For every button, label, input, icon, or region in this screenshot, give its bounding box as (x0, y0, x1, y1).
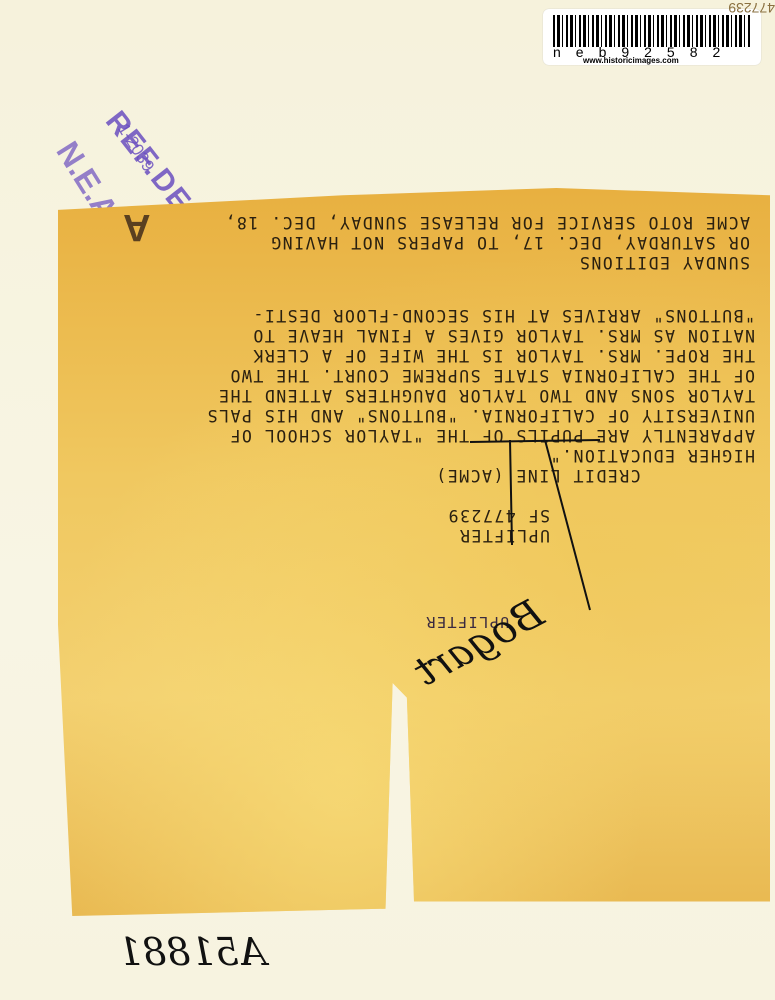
pen-annotation-lines (0, 0, 775, 1000)
faded-number: 477239 (0, 0, 775, 16)
handwritten-file-number: A51881 (118, 930, 266, 974)
